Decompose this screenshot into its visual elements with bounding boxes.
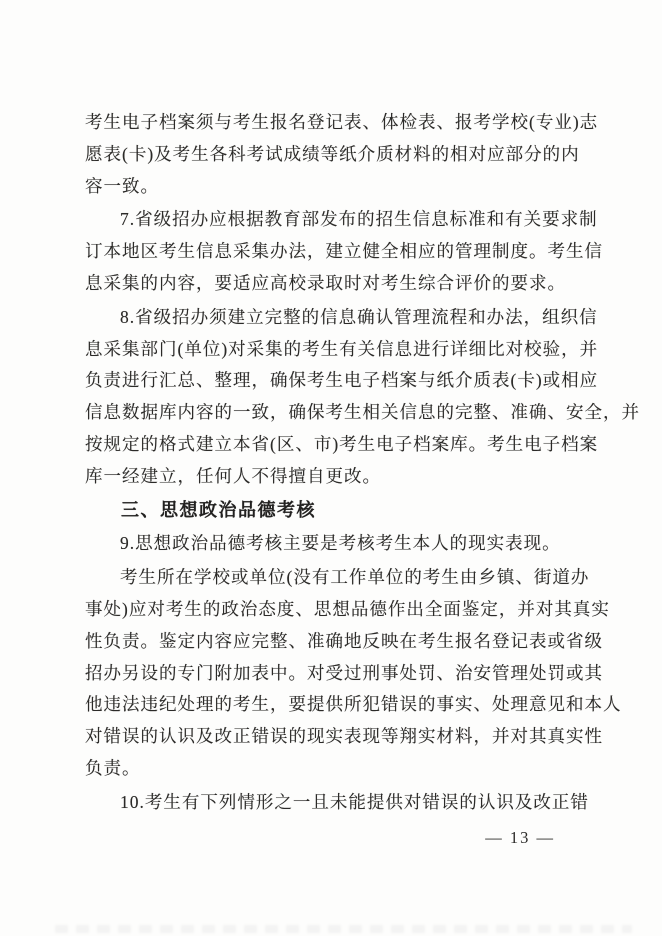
page-number: — 13 — (485, 828, 555, 848)
text-line: 事处)应对考生的政治态度、思想品德作出全面鉴定，并对其真实 (85, 594, 579, 626)
text-line: 9.思想政治品德考核主要是考核考生本人的现实表现。 (85, 528, 579, 560)
text-line: 愿表(卡)及考生各科考试成绩等纸介质材料的相对应部分的内 (85, 139, 579, 171)
text-line: 招办另设的专门附加表中。对受过刑事处罚、治安管理处罚或其 (85, 658, 579, 690)
section-heading: 三、思想政治品德考核 (85, 495, 579, 527)
text-line: 库一经建立，任何人不得擅自更改。 (85, 461, 579, 493)
text-line: 订本地区考生信息采集办法，建立健全相应的管理制度。考生信 (85, 236, 579, 268)
text-line: 按规定的格式建立本省(区、市)考生电子档案库。考生电子档案 (85, 429, 579, 461)
text-line: 负责进行汇总、整理，确保考生电子档案与纸介质表(卡)或相应 (85, 365, 579, 397)
text-line: 考生电子档案须与考生报名登记表、体检表、报考学校(专业)志 (85, 107, 579, 139)
text-line: 息采集的内容，要适应高校录取时对考生综合评价的要求。 (85, 268, 579, 300)
text-line: 负责。 (85, 753, 579, 785)
scanned-document-page: 考生电子档案须与考生报名登记表、体检表、报考学校(专业)志愿表(卡)及考生各科考… (0, 0, 662, 936)
text-line: 7.省级招办应根据教育部发布的招生信息标准和有关要求制 (85, 204, 579, 236)
scan-bleed-artifact (55, 925, 632, 933)
text-line: 息采集部门(单位)对采集的考生有关信息进行详细比对校验，并 (85, 334, 579, 366)
text-line: 考生所在学校或单位(没有工作单位的考生由乡镇、街道办 (85, 562, 579, 594)
text-line: 容一致。 (85, 171, 579, 203)
text-line: 他违法违纪处理的考生，要提供所犯错误的事实、处理意见和本人 (85, 689, 579, 721)
text-line: 8.省级招办须建立完整的信息确认管理流程和办法，组织信 (85, 302, 579, 334)
text-line: 10.考生有下列情形之一且未能提供对错误的认识及改正错 (85, 787, 579, 819)
text-line: 信息数据库内容的一致，确保考生相关信息的完整、准确、安全，并 (85, 397, 579, 429)
text-line: 性负责。鉴定内容应完整、准确地反映在考生报名登记表或省级 (85, 626, 579, 658)
text-line: 对错误的认识及改正错误的现实表现等翔实材料，并对其真实性 (85, 721, 579, 753)
document-text-block: 考生电子档案须与考生报名登记表、体检表、报考学校(专业)志愿表(卡)及考生各科考… (85, 107, 579, 819)
